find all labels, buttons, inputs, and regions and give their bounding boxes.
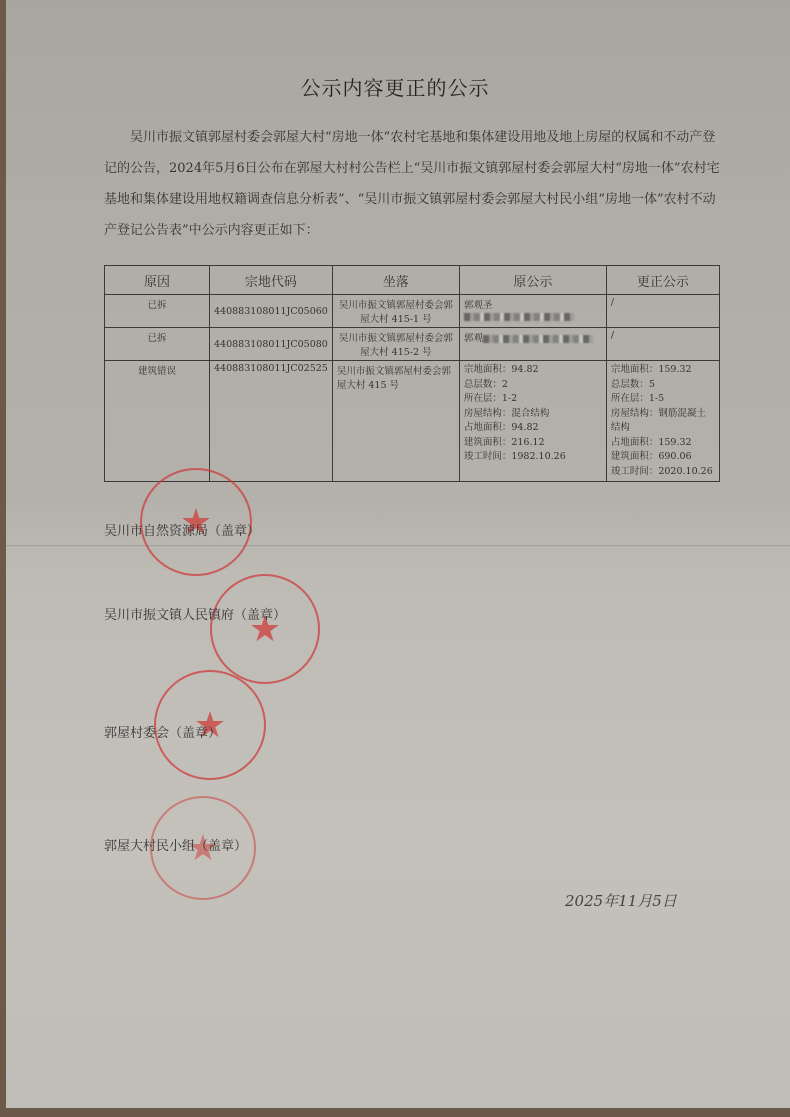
corrected-line: 占地面积：159.32 xyxy=(611,436,715,451)
cell-corrected: / xyxy=(606,328,719,361)
corrected-line: 房屋结构：钢筋混凝土结构 xyxy=(611,407,715,436)
original-line: 房屋结构：混合结构 xyxy=(464,407,602,422)
redacted-block xyxy=(464,313,574,321)
cell-location: 吴川市振文镇郭屋村委会郭屋大村 415-1 号 xyxy=(332,295,459,328)
cell-original: 宗地面积：94.82 总层数：2 所在层：1-2 房屋结构：混合结构 占地面积：… xyxy=(459,361,606,482)
cell-code: 440883108011JC05080 xyxy=(210,328,333,361)
original-line: 竣工时间：1982.10.26 xyxy=(464,450,602,465)
cell-original: 郭观 xyxy=(459,328,606,361)
signature-town-government: 吴川市振文镇人民镇府（盖章） xyxy=(104,604,286,623)
cell-code: 440883108011JC05060 xyxy=(210,295,333,328)
signature-village-committee: 郭屋村委会（盖章） xyxy=(104,722,221,741)
original-line: 所在层：1-2 xyxy=(464,392,602,407)
original-line: 总层数：2 xyxy=(464,378,602,393)
header-original: 原公示 xyxy=(459,266,606,295)
header-reason: 原因 xyxy=(105,266,210,295)
original-line: 建筑面积：216.12 xyxy=(464,436,602,451)
corrected-line: 所在层：1-5 xyxy=(611,392,715,407)
cell-original: 郭观圣 xyxy=(459,295,606,328)
cell-corrected: 宗地面积：159.32 总层数：5 所在层：1-5 房屋结构：钢筋混凝土结构 占… xyxy=(606,361,719,482)
cell-corrected: / xyxy=(606,295,719,328)
cell-code: 440883108011JC02525 xyxy=(210,361,333,482)
cell-reason: 已拆 xyxy=(105,328,210,361)
signature-village-group: 郭屋大村民小组（盖章） xyxy=(104,835,247,854)
cell-location: 吴川市振文镇郭屋村委会郭屋大村 415 号 xyxy=(332,361,459,482)
redacted-name: 郭观 xyxy=(464,333,483,344)
paper-fold xyxy=(6,545,790,548)
signature-natural-resources: 吴川市自然资源局（盖章） xyxy=(104,520,260,539)
corrected-line: 竣工时间：2020.10.26 xyxy=(611,465,715,480)
original-line: 宗地面积：94.82 xyxy=(464,363,602,378)
corrected-line: 建筑面积：690.06 xyxy=(611,450,715,465)
original-line: 占地面积：94.82 xyxy=(464,421,602,436)
redacted-block xyxy=(483,335,593,343)
cell-reason: 建筑错误 xyxy=(105,361,210,482)
corrected-line: 宗地面积：159.32 xyxy=(611,363,715,378)
intro-paragraph: 吴川市振文镇郭屋村委会郭屋大村“房地一体”农村宅基地和集体建设用地及地上房屋的权… xyxy=(104,122,720,246)
table-row: 建筑错误 440883108011JC02525 吴川市振文镇郭屋村委会郭屋大村… xyxy=(105,361,720,482)
table-header-row: 原因 宗地代码 坐落 原公示 更正公示 xyxy=(105,266,720,295)
cell-location: 吴川市振文镇郭屋村委会郭屋大村 415-2 号 xyxy=(332,328,459,361)
document-title: 公示内容更正的公示 xyxy=(0,72,790,101)
header-code: 宗地代码 xyxy=(210,266,333,295)
seal-town-government-icon: ★ xyxy=(210,574,320,684)
table-row: 已拆 440883108011JC05080 吴川市振文镇郭屋村委会郭屋大村 4… xyxy=(105,328,720,361)
handwritten-date: 2025年11月5日 xyxy=(565,890,677,911)
correction-table: 原因 宗地代码 坐落 原公示 更正公示 已拆 440883108011JC050… xyxy=(104,265,720,482)
table-row: 已拆 440883108011JC05060 吴川市振文镇郭屋村委会郭屋大村 4… xyxy=(105,295,720,328)
header-location: 坐落 xyxy=(332,266,459,295)
header-corrected: 更正公示 xyxy=(606,266,719,295)
redacted-name: 郭观圣 xyxy=(464,300,493,311)
intro-text: 吴川市振文镇郭屋村委会郭屋大村“房地一体”农村宅基地和集体建设用地及地上房屋的权… xyxy=(104,122,720,246)
corrected-line: 总层数：5 xyxy=(611,378,715,393)
cell-reason: 已拆 xyxy=(105,295,210,328)
